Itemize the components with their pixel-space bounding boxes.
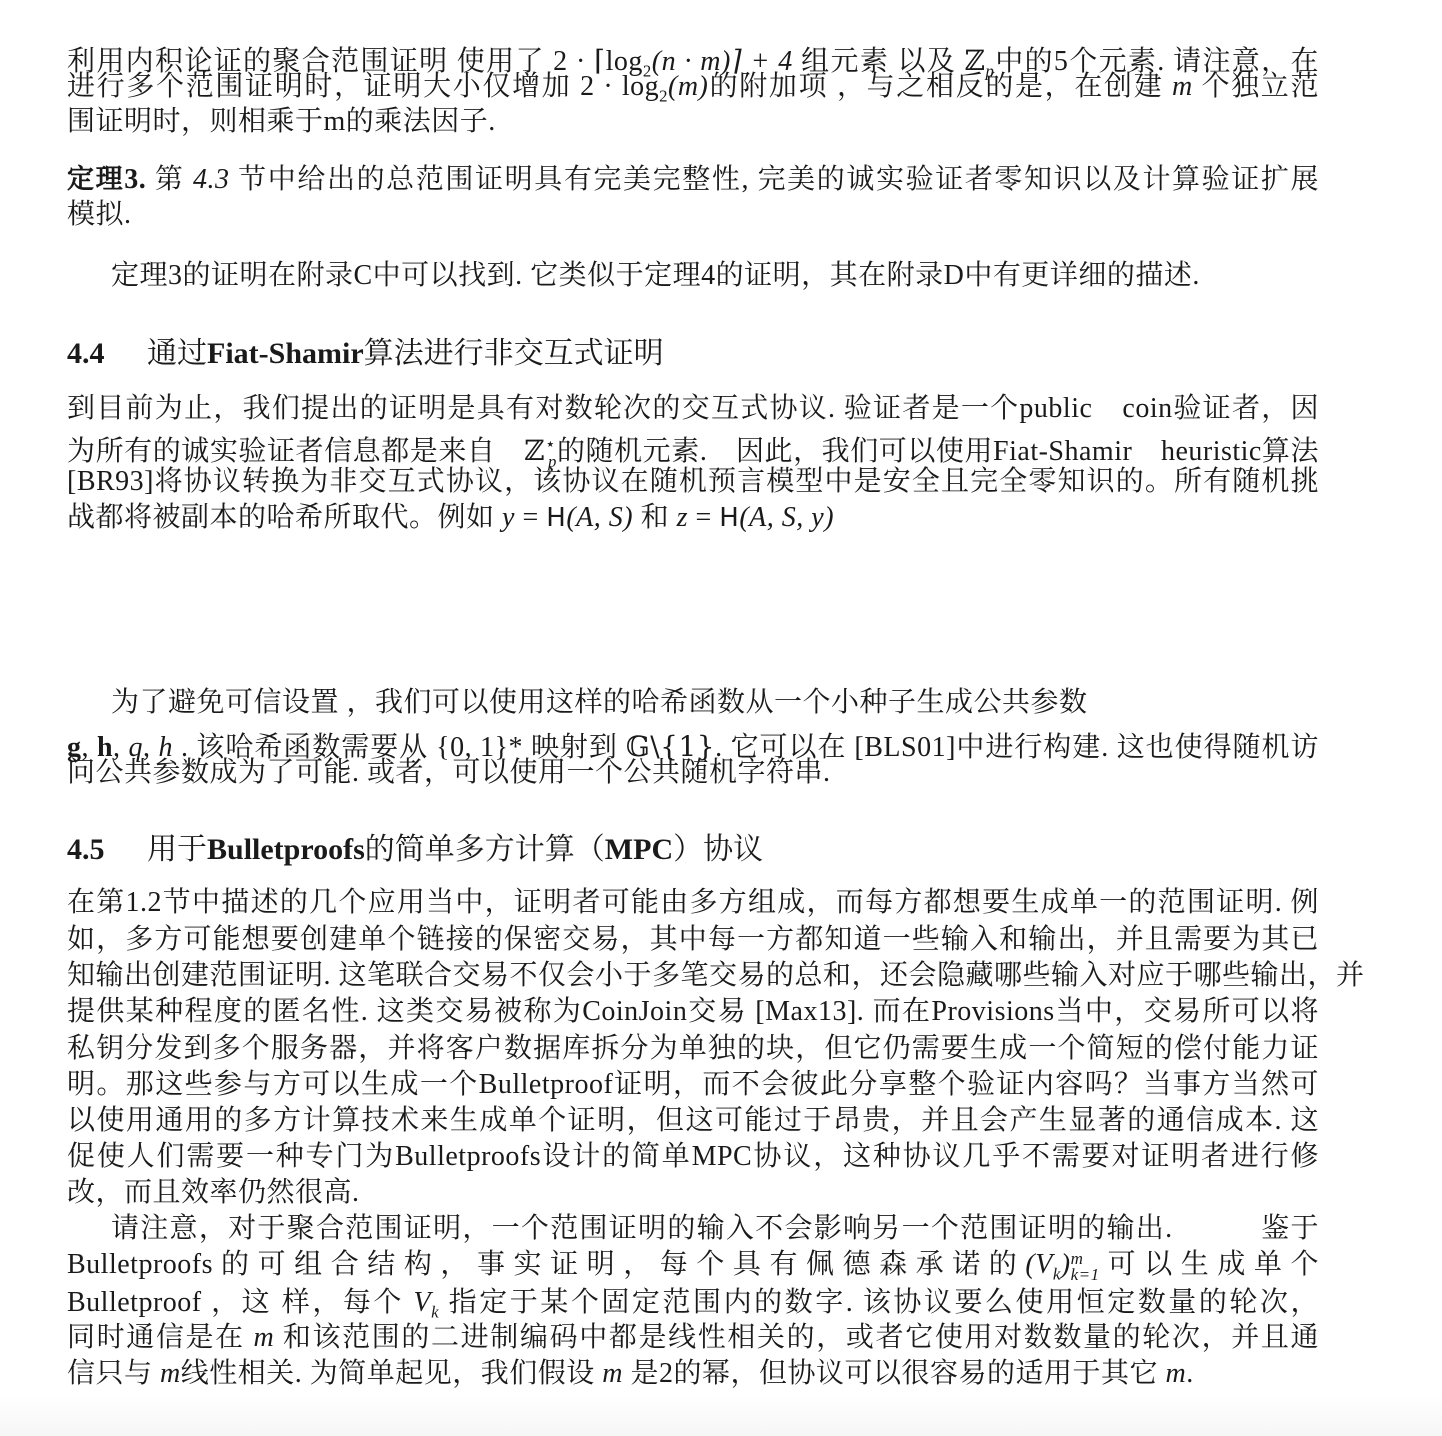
text: 指定于某个固定范围内的数字. 该协议要么使用恒定数量的轮次，: [439, 1287, 1319, 1318]
text: 个独立范: [1193, 71, 1319, 102]
para1-line3: 围证明时，则相乘于m的乘法因子.: [67, 105, 1319, 139]
section44-line3: [BR93]将协议转换为非交互式协议，该协议在随机预言模型中是安全且完全零知识的…: [67, 465, 1319, 499]
text: 的随机元素. 因此，我们可以使用Fiat-Shamir heuristic算法: [557, 436, 1319, 467]
math-expr: (V: [1025, 1249, 1052, 1280]
section45-p2-line3: Bulletproof ，这 样，每个 Vk 指定于某个固定范围内的数字. 该协…: [67, 1286, 1319, 1320]
section45-p1-line5: 私钥分发到多个服务器，并将客户数据库拆分为单独的块，但它仍需要生成一个简短的偿付…: [67, 1032, 1319, 1066]
section45-p1-line8: 促使人们需要一种专门为Bulletproofs设计的简单MPC协议，这种协议几乎…: [67, 1140, 1319, 1174]
heading-bold-text: Fiat-Shamir: [207, 337, 364, 370]
math-var: m: [160, 1358, 181, 1389]
section-4-5-heading: 4.5用于Bulletproofs的简单多方计算（MPC）协议: [67, 832, 763, 868]
heading-bold-text: MPC: [605, 833, 673, 866]
theorem-label-text: 定理: [67, 164, 124, 195]
section-4-4-heading: 4.4通过Fiat-Shamir算法进行非交互式证明: [67, 336, 664, 372]
math-sub: k: [431, 1303, 439, 1322]
section45-p1-line3: 知输出创建范围证明. 这笔联合交易不仅会小于多笔交易的总和，还会隐藏哪些输入对应…: [67, 959, 1319, 993]
math-op: =: [515, 502, 546, 533]
text: 进行多个范围证明时，证明大小仅增加: [67, 71, 580, 102]
math-expr: 2 · log: [580, 71, 659, 102]
text: 是2的幂，但协议可以很容易的适用于其它: [623, 1358, 1166, 1389]
math-var: V: [414, 1287, 432, 1318]
text: 第: [146, 164, 193, 195]
text: 为所有的诚实验证者信息都是来自: [67, 436, 524, 467]
proof-note: 定理3的证明在附录C中可以找到. 它类似于定理4的证明，其在附录D中有更详细的描…: [67, 259, 1319, 293]
trusted-setup-line1: 为了避免可信设置 ，我们可以使用这样的哈希函数从一个小种子生成公共参数: [67, 686, 1319, 720]
section-ref[interactable]: 4.3: [193, 164, 230, 195]
para1-line2: 进行多个范围证明时，证明大小仅增加 2 · log2(m)的附加项 ，与之相反的…: [67, 70, 1319, 104]
theorem3-line2: 模拟.: [67, 198, 1319, 232]
section45-p2-line2: Bulletproofs的可组合结构，事实证明，每个具有佩德森承诺的(Vk)mk…: [67, 1248, 1319, 1283]
math-expr: ): [1061, 1249, 1071, 1280]
math-var: m: [1172, 71, 1193, 102]
hash-function: H: [546, 503, 566, 533]
hash-function: H: [719, 503, 739, 533]
section45-p1-line2: 如，多方可能想要创建单个链接的保密交易，其中每一方都知道一些输入和输出，并且需要…: [67, 923, 1319, 957]
text: Bulletproofs的可组合结构，事实证明，每个具有佩德森承诺的: [67, 1249, 1025, 1280]
math-sub: 2: [659, 87, 668, 106]
section45-p1-line7: 以使用通用的多方计算技术来生成单个证明，但这可能过于昂贵，并且会产生显著的通信成…: [67, 1104, 1319, 1138]
heading-text: ）协议: [673, 833, 763, 866]
heading-text: 通过: [147, 337, 207, 370]
math-args: (A, S, y): [739, 502, 834, 533]
section-number: 4.5: [67, 832, 147, 868]
text: 同时通信是在: [67, 1322, 253, 1353]
math-expr: (m): [668, 71, 708, 102]
section45-p1-line4: 提供某种程度的匿名性. 这类交易被称为CoinJoin交易 [Max13]. 而…: [67, 995, 1319, 1029]
text: 和该范围的二进制编码中都是线性相关的，或者它使用对数数量的轮次，并且通: [274, 1322, 1319, 1353]
theorem-label-num: 3.: [124, 164, 146, 195]
section45-p2-line1: 请注意，对于聚合范围证明，一个范围证明的输入不会影响另一个范围证明的输出. 鉴于: [67, 1212, 1319, 1246]
text: 战都将被副本的哈希所取代。例如: [67, 502, 502, 533]
math-var: m: [602, 1358, 623, 1389]
heading-text: 用于: [147, 833, 207, 866]
section45-p2-line4: 同时通信是在 m 和该范围的二进制编码中都是线性相关的，或者它使用对数数量的轮次…: [67, 1321, 1319, 1355]
heading-text: 的简单多方计算（: [365, 833, 605, 866]
text: 节中给出的总范围证明具有完美完整性, 完美的诚实验证者零知识以及计算验证扩展: [230, 164, 1319, 195]
text: 的附加项 ，与之相反的是，在创建: [708, 71, 1172, 102]
math-args: (A, S): [566, 502, 633, 533]
math-var: z: [677, 502, 688, 533]
section44-line2: 为所有的诚实验证者信息都是来自 ℤ⋆p的随机元素. 因此，我们可以使用Fiat-…: [67, 434, 1319, 469]
text: 线性相关. 为简单起见，我们假设: [181, 1358, 603, 1389]
page-bottom-edge: [0, 1396, 1442, 1436]
section45-p1-line9: 改，而且效率仍然很高.: [67, 1176, 1319, 1210]
math-var: m: [253, 1322, 274, 1353]
math-sup: ⋆: [545, 435, 556, 454]
heading-text: 算法进行非交互式证明: [364, 337, 664, 370]
text: 和: [633, 502, 677, 533]
math-var: m: [1166, 1358, 1187, 1389]
theorem3-line1: 定理3. 第 4.3 节中给出的总范围证明具有完美完整性, 完美的诚实验证者零知…: [67, 163, 1319, 197]
math-op: =: [688, 502, 719, 533]
document-page: 利用内积论证的聚合范围证明 使用了 2 · ⌈log2(n · m)⌉ + 4 …: [0, 0, 1442, 1436]
section44-line1: 到目前为止，我们提出的证明是具有对数轮次的交互式协议. 验证者是一个public…: [67, 392, 1319, 426]
section45-p1-line6: 明。那这些参与方可以生成一个Bulletproof证明，而不会彼此分享整个验证内…: [67, 1068, 1319, 1102]
math-sub: k=1: [1071, 1267, 1100, 1283]
pedersen-commitment-math: (Vk)mk=1: [1025, 1249, 1099, 1280]
math-z: ℤ: [524, 434, 545, 467]
math-sub: k: [1053, 1265, 1061, 1284]
text: 信只与: [67, 1358, 160, 1389]
theorem-label: 定理3.: [67, 164, 146, 195]
trusted-setup-line3: 问公共参数成为了可能. 或者，可以使用一个公共随机字符串.: [67, 756, 1319, 790]
text: Bulletproof ，这 样，每个: [67, 1287, 414, 1318]
math-var: y: [502, 502, 515, 533]
section45-p2-line5: 信只与 m线性相关. 为简单起见，我们假设 m 是2的幂，但协议可以很容易的适用…: [67, 1357, 1319, 1391]
text: 可以生成单个: [1100, 1249, 1319, 1280]
section-number: 4.4: [67, 336, 147, 372]
section45-p1-line1: 在第1.2节中描述的几个应用当中，证明者可能由多方组成，而每方都想要生成单一的范…: [67, 886, 1319, 920]
text: .: [1186, 1358, 1194, 1389]
section44-line4: 战都将被副本的哈希所取代。例如 y = H(A, S) 和 z = H(A, S…: [67, 501, 1319, 535]
heading-bold-text: Bulletproofs: [207, 833, 365, 866]
